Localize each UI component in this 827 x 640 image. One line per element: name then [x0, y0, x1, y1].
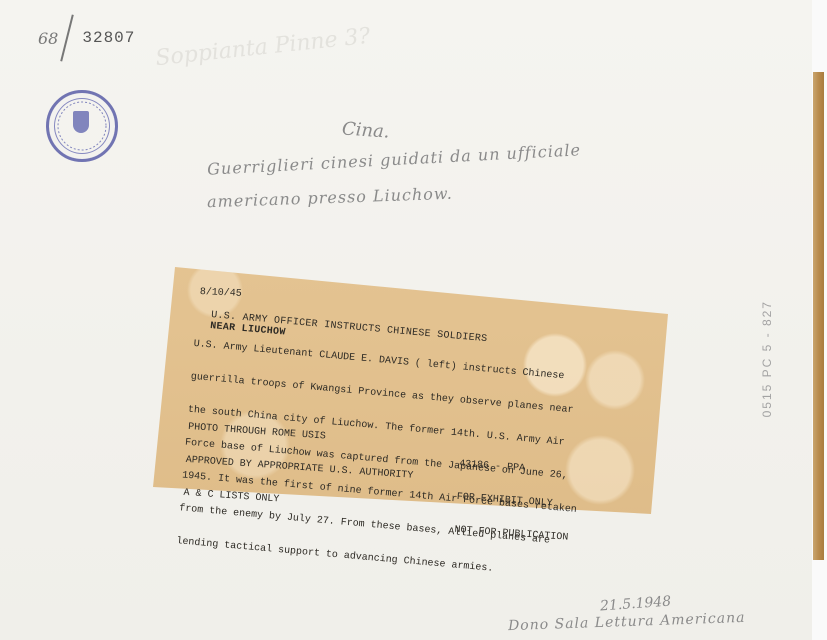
- photo-edge-strip: [813, 72, 824, 560]
- clipping-credits: PHOTO THROUGH ROME USIS APPROVED BY APPR…: [182, 400, 417, 526]
- reference-line: FOR EXHIBIT ONLY: [456, 492, 571, 511]
- caption-title: Cina.: [341, 118, 390, 142]
- archive-id: 32807: [82, 29, 135, 47]
- credit-line: PHOTO THROUGH ROME USIS: [188, 422, 416, 449]
- library-stamp: [46, 90, 118, 162]
- archive-prefix: 68: [38, 29, 58, 48]
- slash-mark: [61, 14, 75, 61]
- credit-line: A & C LISTS ONLY: [183, 488, 411, 515]
- archive-number: 68 32807: [38, 14, 135, 62]
- side-catalog-code: 0515 PC 5 - 827: [760, 300, 774, 417]
- reference-line: 43186 - PPA: [459, 459, 574, 478]
- shield-crest-icon: [73, 111, 89, 133]
- reference-line: NOT FOR PUBLICATION: [454, 525, 569, 544]
- credit-line: APPROVED BY APPROPRIATE U.S. AUTHORITY: [185, 455, 413, 482]
- clipping-reference: 43186 - PPA FOR EXHIBIT ONLY NOT FOR PUB…: [453, 437, 574, 555]
